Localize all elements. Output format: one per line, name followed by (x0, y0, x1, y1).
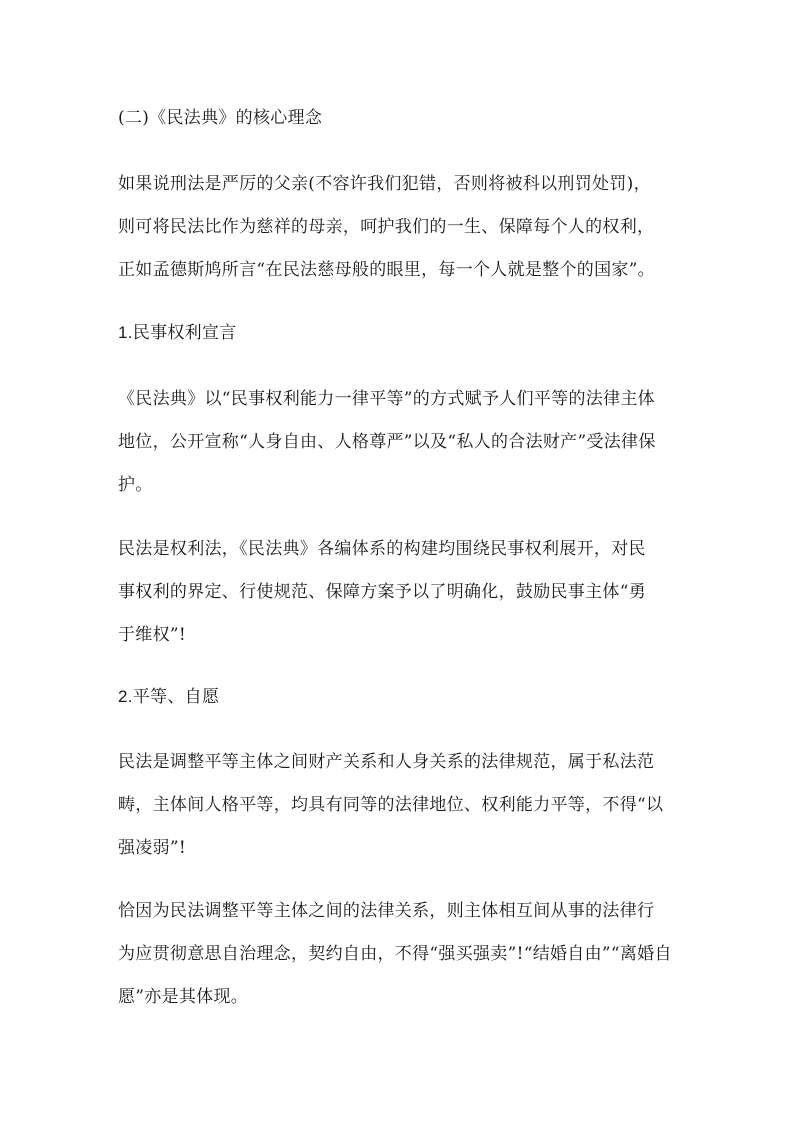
paragraph-line: 强凌弱”! (118, 827, 688, 870)
paragraph-line: 民法是调整平等主体之间财产关系和人身关系的法律规范，属于私法范 (118, 741, 688, 784)
paragraph-line: 地位，公开宣称“人身自由、人格尊严”以及“私人的合法财产”受法律保 (118, 421, 688, 464)
section-title-text: (二)《民法典》的核心理念 (118, 105, 688, 131)
paragraph-4: 民法是调整平等主体之间财产关系和人身关系的法律规范，属于私法范 畴，主体间人格平… (118, 741, 688, 870)
paragraph-line: 护。 (118, 464, 688, 507)
paragraph-line: 正如孟德斯鸠所言“在民法慈母般的眼里，每一个人就是整个的国家”。 (118, 249, 688, 292)
paragraph-2: 《民法典》以“民事权利能力一律平等”的方式赋予人们平等的法律主体 地位，公开宣称… (118, 378, 688, 507)
subsection-1-heading: 1.民事权利宣言 (118, 320, 688, 346)
paragraph-line: 则可将民法比作为慈祥的母亲，呵护我们的一生、保障每个人的权利， (118, 206, 688, 249)
subsection-2-number: 2. (118, 687, 133, 706)
subsection-2-title: 平等、自愿 (133, 687, 220, 707)
paragraph-line: 于维权”! (118, 614, 688, 657)
paragraph-line: 为应贯彻意思自治理念，契约自由，不得“强买强卖”!“结婚自由”“离婚自 (118, 933, 688, 976)
paragraph-line: 如果说刑法是严厉的父亲(不容许我们犯错，否则将被科以刑罚处罚)， (118, 163, 688, 206)
paragraph-line: 畴，主体间人格平等，均具有同等的法律地位、权利能力平等，不得“以 (118, 784, 688, 827)
subsection-2-heading: 2.平等、自愿 (118, 684, 688, 710)
subsection-1-number: 1. (118, 323, 133, 342)
paragraph-5: 恰因为民法调整平等主体之间的法律关系，则主体相互间从事的法律行 为应贯彻意思自治… (118, 890, 688, 1019)
paragraph-line: 事权利的界定、行使规范、保障方案予以了明确化，鼓励民事主体“勇 (118, 571, 688, 614)
paragraph-line: 民法是权利法，《民法典》各编体系的构建均围绕民事权利展开，对民 (118, 528, 688, 571)
paragraph-line: 恰因为民法调整平等主体之间的法律关系，则主体相互间从事的法律行 (118, 890, 688, 933)
paragraph-line: 《民法典》以“民事权利能力一律平等”的方式赋予人们平等的法律主体 (118, 378, 688, 421)
section-title: (二)《民法典》的核心理念 (118, 105, 688, 131)
paragraph-line: 愿”亦是其体现。 (118, 976, 688, 1019)
document-page: (二)《民法典》的核心理念 如果说刑法是严厉的父亲(不容许我们犯错，否则将被科以… (0, 0, 793, 1122)
subsection-1-title: 民事权利宣言 (133, 323, 237, 343)
paragraph-3: 民法是权利法，《民法典》各编体系的构建均围绕民事权利展开，对民 事权利的界定、行… (118, 528, 688, 657)
paragraph-1: 如果说刑法是严厉的父亲(不容许我们犯错，否则将被科以刑罚处罚)， 则可将民法比作… (118, 163, 688, 292)
